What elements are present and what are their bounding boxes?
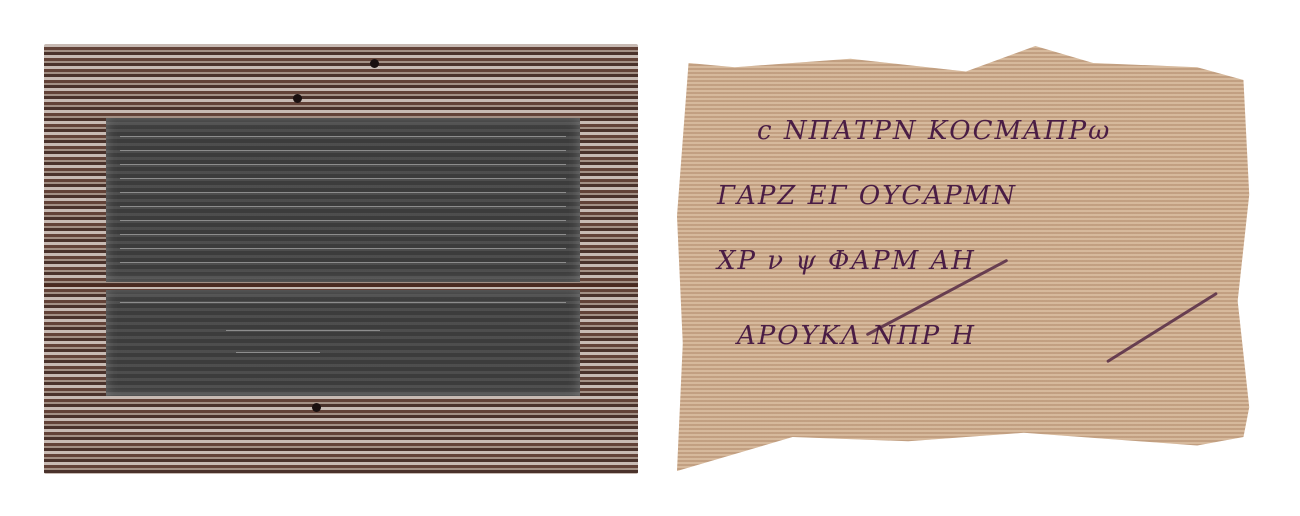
tablet-hole	[370, 59, 379, 68]
papyrus-text-line: ΑΡΟΥΚΛ ΝΠΡ Η	[737, 321, 976, 351]
tablet-hole	[312, 403, 321, 412]
wax-panel-bottom	[106, 290, 580, 396]
ink-stroke	[1106, 292, 1218, 363]
papyrus-text-line: ΧΡ ν ψ ΦΑΡΜ ΑΗ	[717, 246, 976, 276]
papyrus-text-line: ΓΑΡΖ ΕΓ ΟΥϹΑΡΜΝ	[717, 181, 1017, 211]
wax-panel-top	[106, 118, 580, 282]
tablet-crack	[44, 284, 638, 287]
wooden-tablet	[44, 44, 638, 474]
tablet-hole	[293, 94, 302, 103]
papyrus-fragment: ϲ ΝΠΑΤΡΝ ΚΟϹΜΑΠΡω ΓΑΡΖ ΕΓ ΟΥϹΑΡΜΝ ΧΡ ν ψ…	[677, 46, 1255, 471]
papyrus-text-line: ϲ ΝΠΑΤΡΝ ΚΟϹΜΑΠΡω	[757, 116, 1111, 146]
